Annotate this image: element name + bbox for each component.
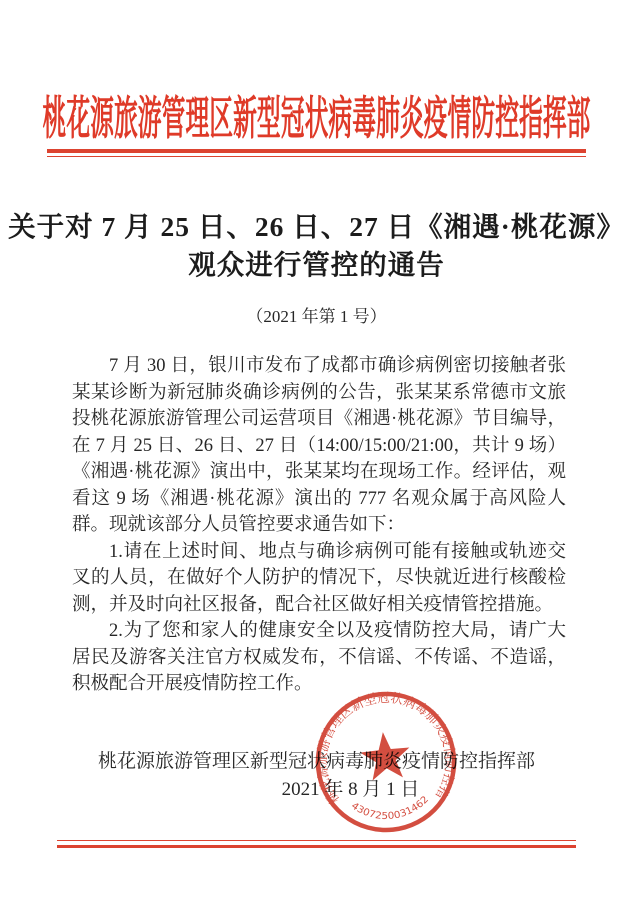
notice-title-line2: 观众进行管控的通告	[0, 246, 633, 284]
footer-divider-thick	[57, 845, 576, 849]
notice-body: 7 月 30 日，银川市发布了成都市确诊病例密切接触者张某某诊断为新冠肺炎确诊病…	[72, 353, 566, 698]
header-org-title: 桃花源旅游管理区新型冠状病毒肺炎疫情防控指挥部	[0, 86, 633, 146]
notice-title-line1: 关于对 7 月 25 日、26 日、27 日《湘遇·桃花源》	[0, 208, 633, 246]
paragraph-measure-1: 1.请在上述时间、地点与确诊病例可能有接触或轨迹交叉的人员，在做好个人防护的情况…	[72, 539, 566, 619]
paragraph-intro: 7 月 30 日，银川市发布了成都市确诊病例密切接触者张某某诊断为新冠肺炎确诊病…	[72, 353, 566, 539]
footer-divider-thin	[57, 840, 576, 842]
header-divider-thick	[47, 149, 586, 153]
doc-number: （2021 年第 1 号）	[0, 302, 633, 327]
header-divider-thin	[47, 156, 586, 158]
document-page: 桃花源旅游管理区新型冠状病毒肺炎疫情防控指挥部 关于对 7 月 25 日、26 …	[0, 0, 633, 900]
notice-title: 关于对 7 月 25 日、26 日、27 日《湘遇·桃花源》 观众进行管控的通告	[0, 208, 633, 284]
five-pointed-star-icon	[358, 730, 412, 782]
header-org-title-text: 桃花源旅游管理区新型冠状病毒肺炎疫情防控指挥部	[43, 93, 591, 144]
official-seal: 桃花源旅游管理区新型冠状病毒肺炎疫情防控指挥部 4307250031462	[310, 686, 462, 838]
